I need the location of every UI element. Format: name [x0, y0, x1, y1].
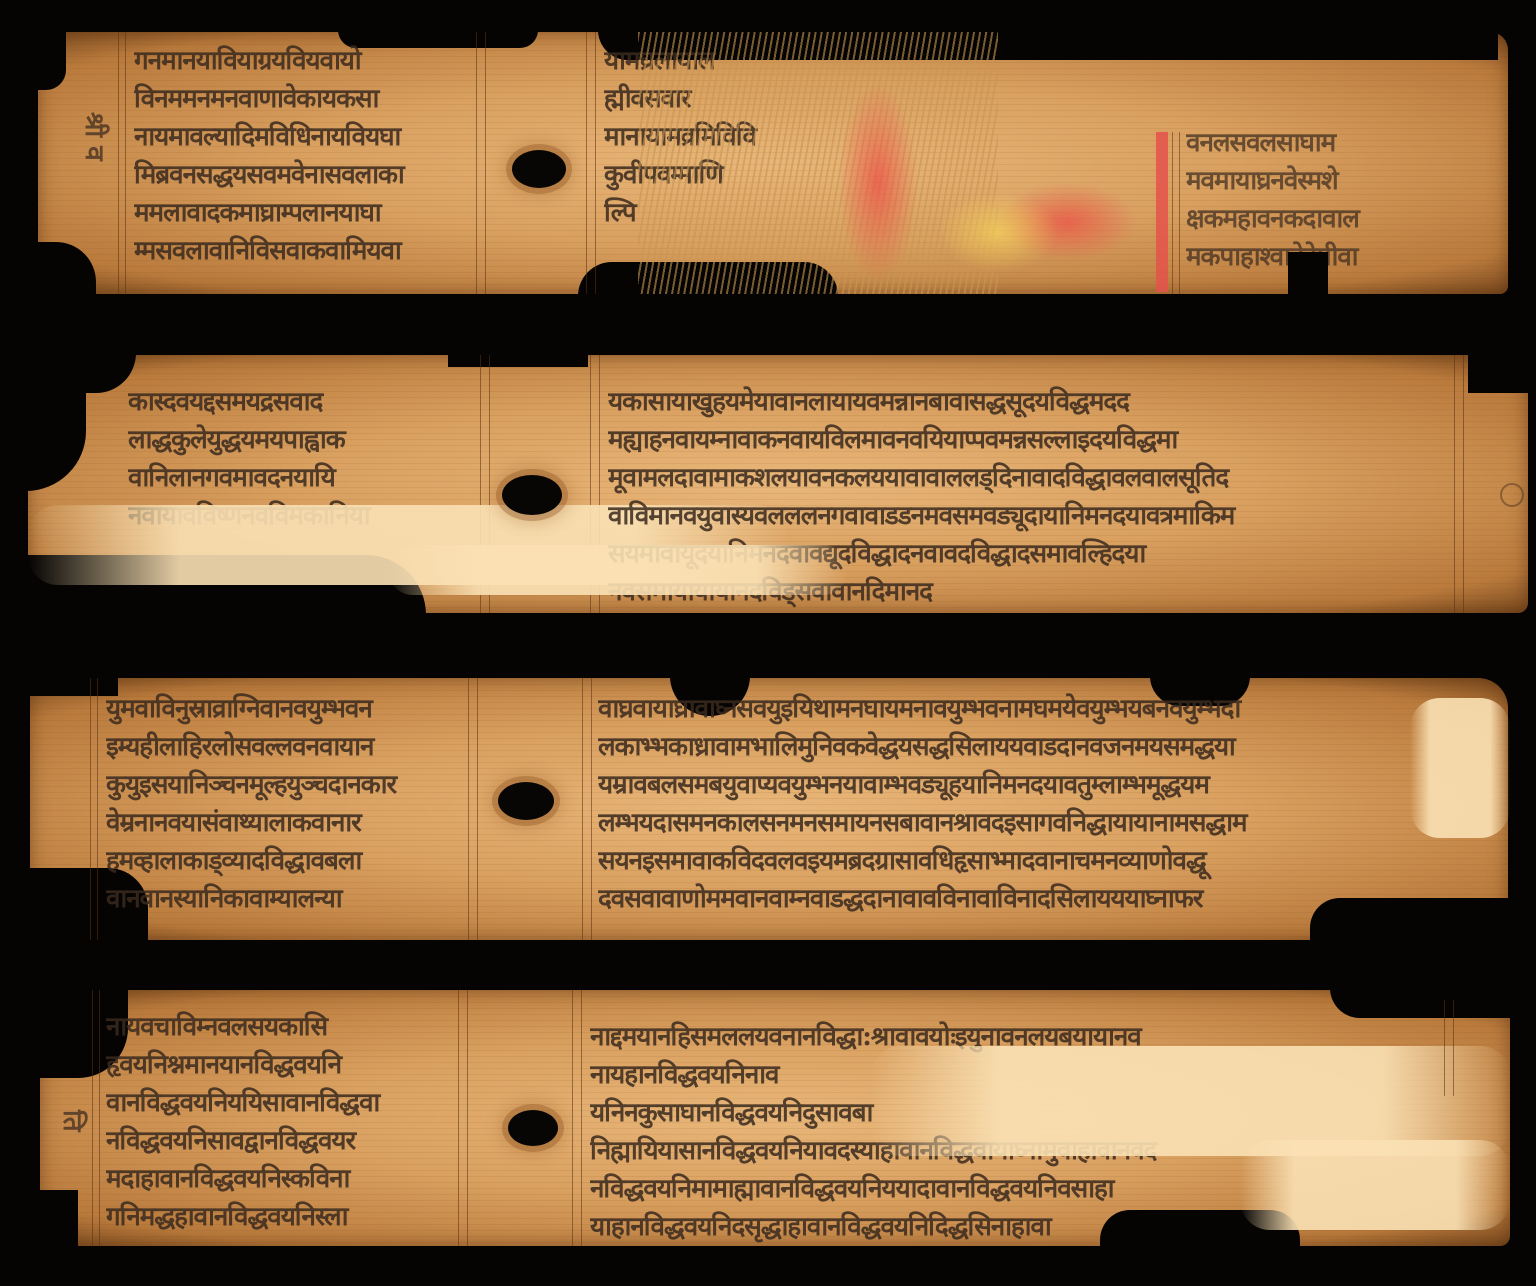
ruling-center-right: [572, 990, 582, 1246]
text-block-right: वाघ्रवायाघ्रावाघ्नसवयुइयिथामनघायमनावयुम्…: [598, 690, 1438, 918]
ruling-right: [1444, 1000, 1454, 1096]
binding-hole: [502, 475, 562, 515]
right-margin-mark: [1500, 483, 1524, 507]
ruling-left: [118, 32, 126, 294]
manuscript-leaf-4: ति नायवचाविम्नवलसयकासि हृवयनिश्नमानयानवि…: [40, 990, 1510, 1246]
ruling-center-left: [468, 678, 478, 940]
ruling-left: [90, 678, 98, 940]
folio-margin-mark: श्री व: [76, 112, 112, 161]
text-block-left: युमवाविनुस्राव्राग्निवानवयुम्भवन इम्यहील…: [106, 690, 466, 918]
ruling-center-left: [458, 990, 468, 1246]
ruling-center-right: [586, 32, 596, 294]
ruling-center-right: [582, 678, 592, 940]
ruling-left: [92, 990, 100, 1246]
faded-surface: [1410, 698, 1510, 838]
binding-hole: [508, 1110, 558, 1146]
red-painted-border: [1156, 132, 1168, 292]
faded-surface: [388, 545, 848, 595]
ruling-right: [1454, 355, 1464, 613]
faded-surface: [1240, 1140, 1510, 1230]
ruling-center-left: [476, 32, 486, 294]
red-pigment-painting: [838, 82, 918, 282]
text-block-left: नायवचाविम्नवलसयकासि हृवयनिश्नमानयानविद्ध…: [106, 1008, 456, 1236]
binding-hole: [498, 782, 554, 820]
binding-hole: [512, 150, 566, 188]
yellow-pigment: [938, 192, 1058, 272]
manuscript-leaf-1: श्री व गनमानयावियाग्रयवियवायो विनममनमनवा…: [38, 32, 1508, 294]
text-block-left: गनमानयावियाग्रयवियवायो विनममनमनवाणावेकाय…: [134, 42, 474, 282]
folio-margin-mark: ति: [54, 1110, 90, 1132]
ruling-far-right: [1172, 132, 1180, 294]
manuscript-leaf-3: युमवाविनुस्राव्राग्निवानवयुम्भवन इम्यहील…: [30, 678, 1508, 940]
manuscript-leaf-2: कास्दवयद्दसमयद्रसवाद लाद्धकुलेयुद्धयमयपा…: [28, 355, 1528, 613]
